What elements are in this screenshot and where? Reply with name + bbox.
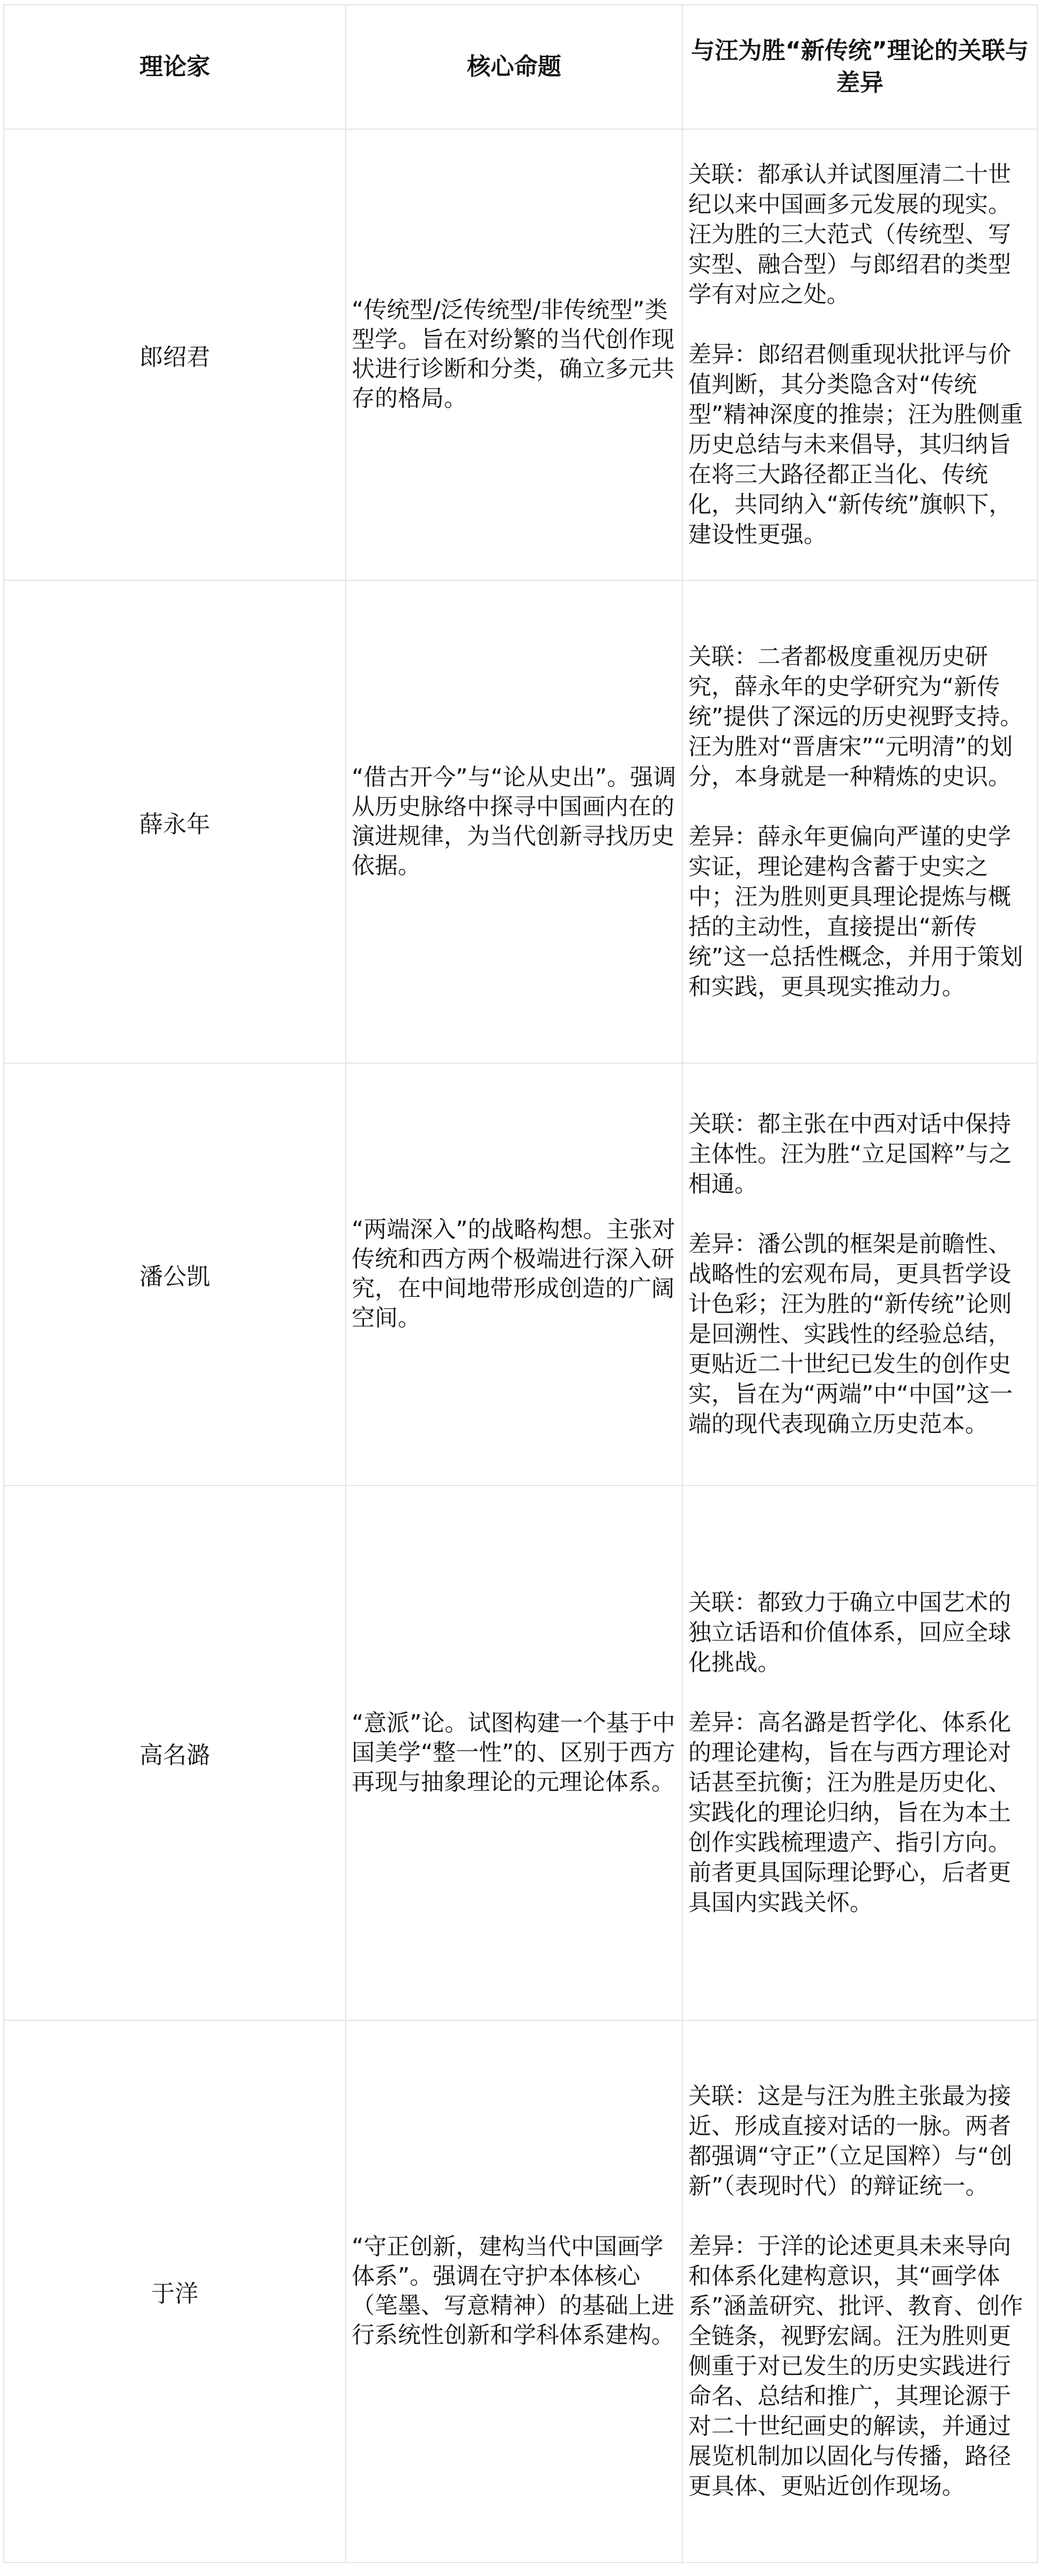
- header-core-proposition: 核心命题: [346, 5, 682, 129]
- relation-text: 关联：这是与汪为胜主张最为接近、形成直接对话的一脉。两者都强调“守正”（立足国粹…: [688, 2081, 1031, 2201]
- relation-text: 关联：二者都极度重视历史研究，薛永年的史学研究为“新传统”提供了深远的历史视野支…: [688, 642, 1031, 792]
- table-row: 潘公凯 “两端深入”的战略构想。主张对传统和西方两个极端进行深入研究，在中间地带…: [4, 1063, 1037, 1485]
- core-proposition: “守正创新，建构当代中国画学体系”。强调在守护本体核心（笔墨、写意精神）的基础上…: [346, 2020, 682, 2563]
- relation-difference-cell: 关联：都致力于确立中国艺术的独立话语和价值体系，回应全球化挑战。 差异：高名潞是…: [682, 1485, 1037, 2020]
- comparison-table: 理论家 核心命题 与汪为胜“新传统”理论的关联与差异 郎绍君 “传统型/泛传统型…: [3, 4, 1038, 2563]
- relation-difference-cell: 关联：二者都极度重视历史研究，薛永年的史学研究为“新传统”提供了深远的历史视野支…: [682, 580, 1037, 1063]
- difference-text: 差异：薛永年更偏向严谨的史学实证，理论建构含蓄于史实之中；汪为胜则更具理论提炼与…: [688, 822, 1031, 1002]
- relation-difference-cell: 关联：都承认并试图厘清二十世纪以来中国画多元发展的现实。汪为胜的三大范式（传统型…: [682, 129, 1037, 580]
- relation-difference-cell: 关联：都主张在中西对话中保持主体性。汪为胜“立足国粹”与之相通。 差异：潘公凯的…: [682, 1063, 1037, 1485]
- theorist-name: 薛永年: [4, 580, 346, 1063]
- theorist-name: 潘公凯: [4, 1063, 346, 1485]
- header-relation-difference: 与汪为胜“新传统”理论的关联与差异: [682, 5, 1037, 129]
- relation-text: 关联：都主张在中西对话中保持主体性。汪为胜“立足国粹”与之相通。: [688, 1109, 1031, 1199]
- theorist-name: 郎绍君: [4, 129, 346, 580]
- relation-text: 关联：都致力于确立中国艺术的独立话语和价值体系，回应全球化挑战。: [688, 1588, 1031, 1678]
- core-proposition: “两端深入”的战略构想。主张对传统和西方两个极端进行深入研究，在中间地带形成创造…: [346, 1063, 682, 1485]
- table-row: 于洋 “守正创新，建构当代中国画学体系”。强调在守护本体核心（笔墨、写意精神）的…: [4, 2020, 1037, 2563]
- difference-text: 差异：高名潞是哲学化、体系化的理论建构，旨在与西方理论对话甚至抗衡；汪为胜是历史…: [688, 1708, 1031, 1918]
- difference-text: 差异：于洋的论述更具未来导向和体系化建构意识，其“画学体系”涵盖研究、批评、教育…: [688, 2231, 1031, 2502]
- table-header-row: 理论家 核心命题 与汪为胜“新传统”理论的关联与差异: [4, 5, 1037, 129]
- table-row: 高名潞 “意派”论。试图构建一个基于中国美学“整一性”的、区别于西方再现与抽象理…: [4, 1485, 1037, 2020]
- header-theorist: 理论家: [4, 5, 346, 129]
- table-row: 薛永年 “借古开今”与“论从史出”。强调从历史脉络中探寻中国画内在的演进规律，为…: [4, 580, 1037, 1063]
- core-proposition: “借古开今”与“论从史出”。强调从历史脉络中探寻中国画内在的演进规律，为当代创新…: [346, 580, 682, 1063]
- theorist-name: 高名潞: [4, 1485, 346, 2020]
- difference-text: 差异：潘公凯的框架是前瞻性、战略性的宏观布局，更具哲学设计色彩；汪为胜的“新传统…: [688, 1229, 1031, 1439]
- table-row: 郎绍君 “传统型/泛传统型/非传统型”类型学。旨在对纷繁的当代创作现状进行诊断和…: [4, 129, 1037, 580]
- theorist-name: 于洋: [4, 2020, 346, 2563]
- core-proposition: “传统型/泛传统型/非传统型”类型学。旨在对纷繁的当代创作现状进行诊断和分类，确…: [346, 129, 682, 580]
- relation-difference-cell: 关联：这是与汪为胜主张最为接近、形成直接对话的一脉。两者都强调“守正”（立足国粹…: [682, 2020, 1037, 2563]
- core-proposition: “意派”论。试图构建一个基于中国美学“整一性”的、区别于西方再现与抽象理论的元理…: [346, 1485, 682, 2020]
- relation-text: 关联：都承认并试图厘清二十世纪以来中国画多元发展的现实。汪为胜的三大范式（传统型…: [688, 160, 1031, 310]
- difference-text: 差异：郎绍君侧重现状批评与价值判断，其分类隐含对“传统型”精神深度的推崇；汪为胜…: [688, 340, 1031, 550]
